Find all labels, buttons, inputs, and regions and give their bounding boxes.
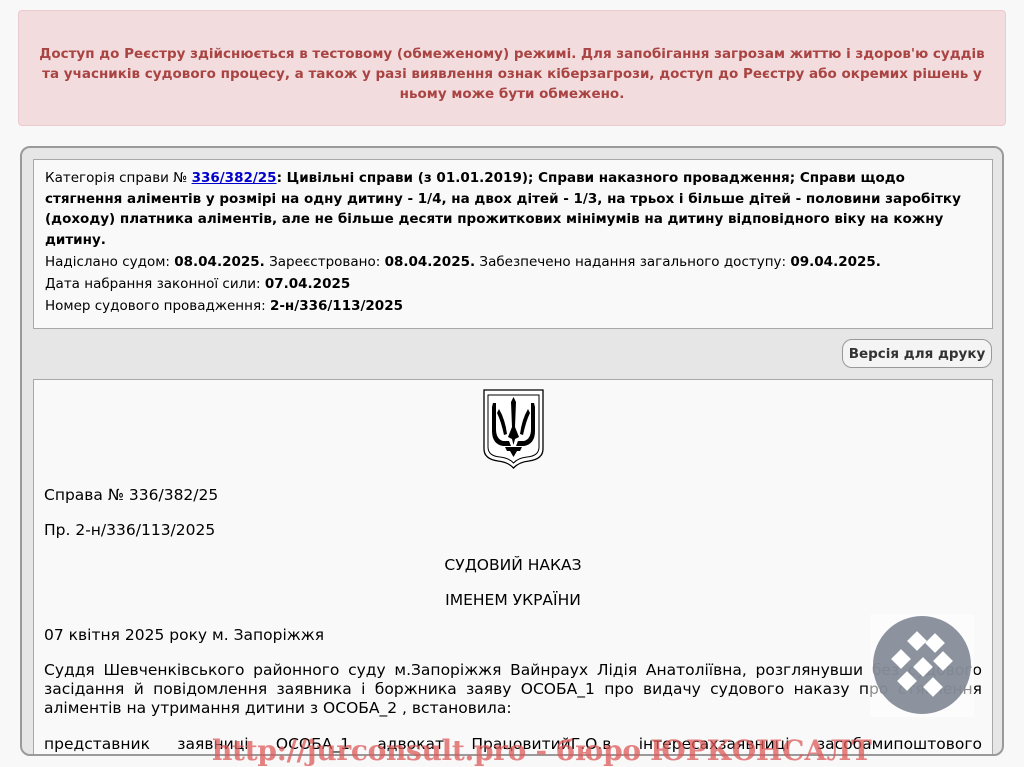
category-label: Категорія справи № xyxy=(45,170,192,186)
case-dates: Надіслано судом: 08.04.2025. Зареєстрова… xyxy=(45,252,982,273)
case-number-link[interactable]: 336/382/25 xyxy=(192,170,277,186)
access-value: 09.04.2025. xyxy=(790,254,881,270)
registered-label: Зареєстровано: xyxy=(265,254,385,270)
access-label: Забезпечено надання загального доступу: xyxy=(475,254,790,270)
doc-paragraph-1: Суддя Шевченківського районного суду м.З… xyxy=(44,661,982,718)
proceeding-value: 2-н/336/113/2025 xyxy=(270,298,403,314)
registry-access-alert: Доступ до Реєстру здійснюється в тестово… xyxy=(18,10,1006,126)
print-version-button[interactable]: Версія для друку xyxy=(842,339,992,368)
decision-container: Категорія справи № 336/382/25: Цивільні … xyxy=(20,146,1004,756)
alert-text: Доступ до Реєстру здійснюється в тестово… xyxy=(39,46,984,102)
case-info-panel: Категорія справи № 336/382/25: Цивільні … xyxy=(33,159,993,329)
effective-label: Дата набрання законної сили: xyxy=(45,276,265,292)
doc-date-place: 07 квітня 2025 року м. Запоріжжя xyxy=(44,626,982,645)
doc-proceeding-number: Пр. 2-н/336/113/2025 xyxy=(44,521,982,540)
site-url-watermark: http://jurconsult.pro - бюро ЮРКОНСАЛТ xyxy=(212,734,812,767)
proceeding-number: Номер судового провадження: 2-н/336/113/… xyxy=(45,296,982,317)
effective-date: Дата набрання законної сили: 07.04.2025 xyxy=(45,274,982,295)
doc-case-number: Справа № 336/382/25 xyxy=(44,486,982,505)
sent-label: Надіслано судом: xyxy=(45,254,174,270)
doc-title: СУДОВИЙ НАКАЗ xyxy=(44,556,982,575)
coat-of-arms-icon xyxy=(483,389,544,469)
doc-subtitle: ІМЕНЕМ УКРАЇНИ xyxy=(44,591,982,610)
proceeding-label: Номер судового провадження: xyxy=(45,298,270,314)
effective-value: 07.04.2025 xyxy=(265,276,350,292)
jurconsult-logo-icon xyxy=(870,614,974,717)
decision-document: Справа № 336/382/25 Пр. 2-н/336/113/2025… xyxy=(33,379,993,756)
case-category: Категорія справи № 336/382/25: Цивільні … xyxy=(45,168,982,250)
registered-value: 08.04.2025. xyxy=(385,254,476,270)
sent-value: 08.04.2025. xyxy=(174,254,265,270)
